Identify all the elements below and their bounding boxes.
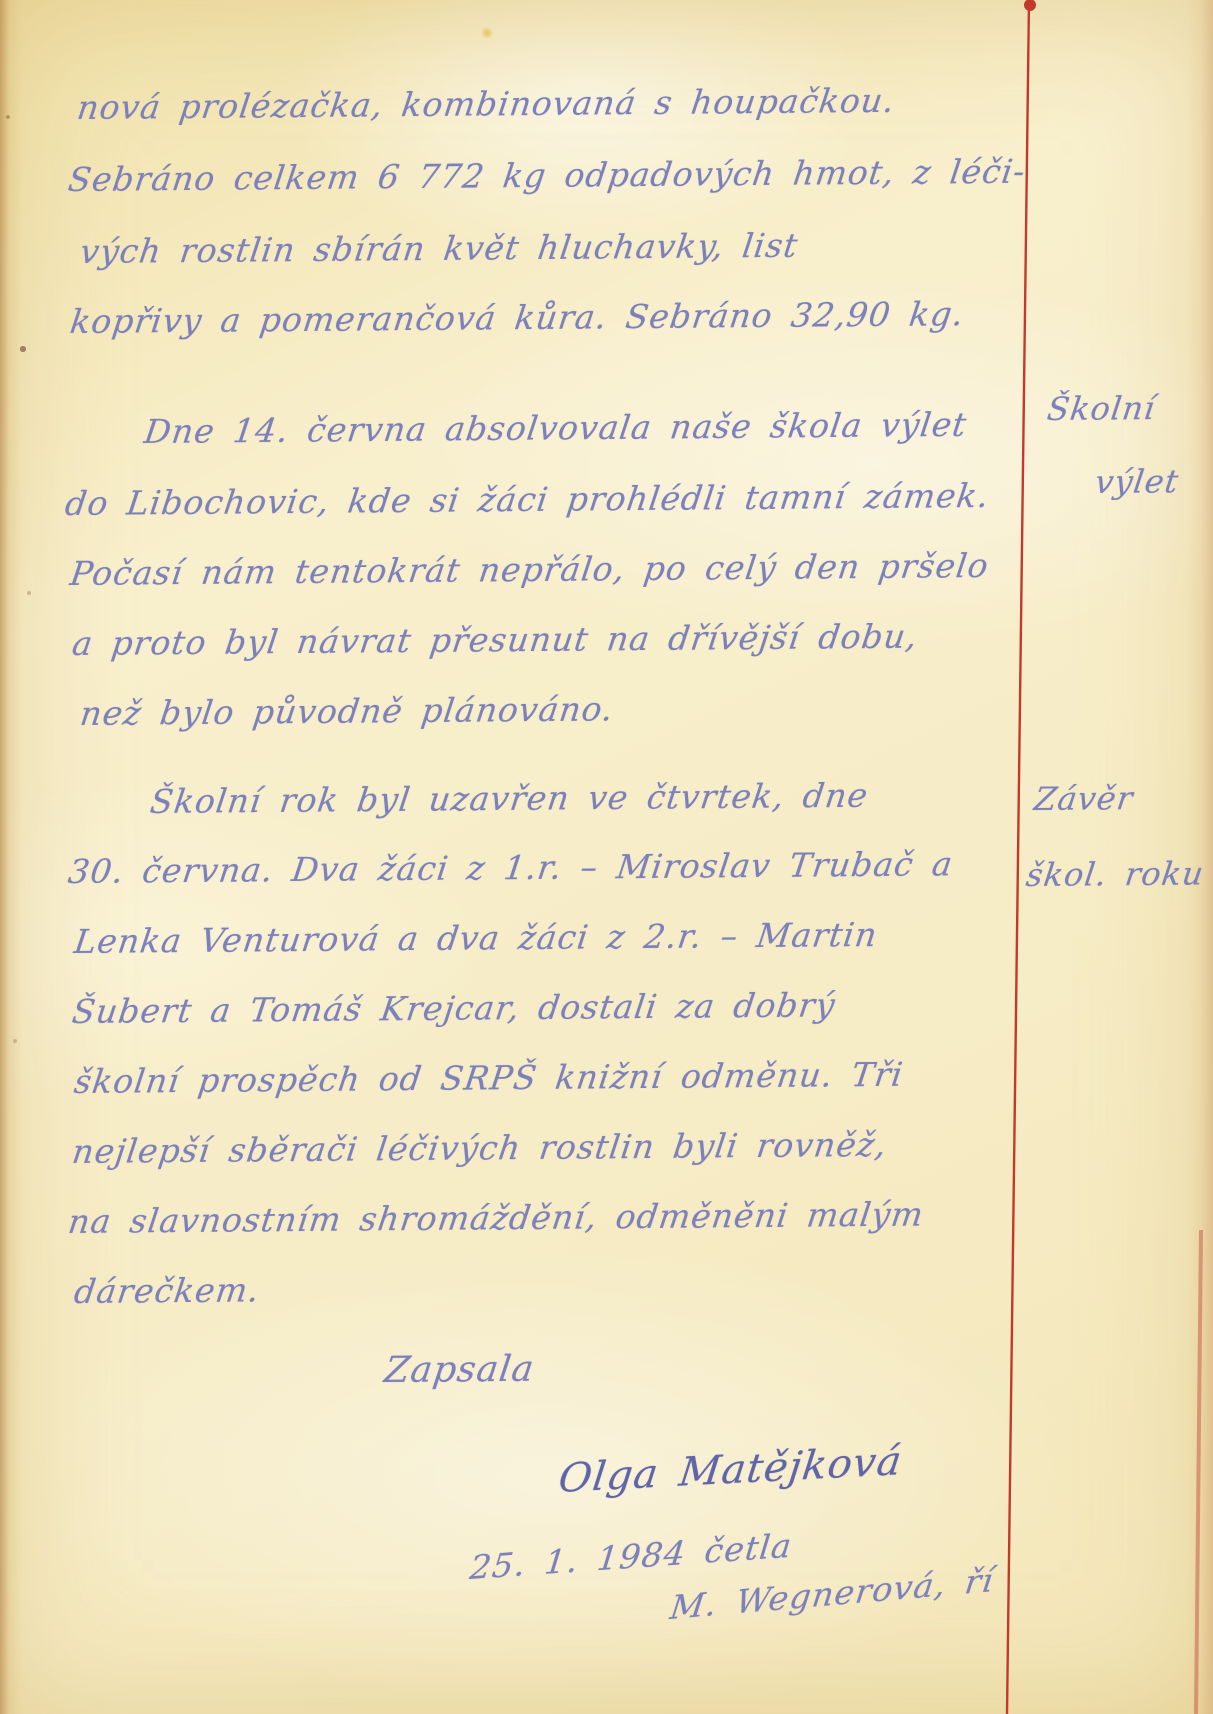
handwriting-line: 30. června. Dva žáci z 1.r. – Miroslav T… xyxy=(66,844,956,891)
handwriting-line: nová prolézačka, kombinovaná s houpačkou… xyxy=(75,81,897,127)
margin-note-school-trip-2: výlet xyxy=(1093,462,1181,501)
margin-note-year-end-2: škol. roku xyxy=(1024,854,1206,894)
handwriting-line: Dne 14. června absolvovala naše škola vý… xyxy=(142,405,969,451)
handwriting-line: na slavnostním shromáždění, odměněni mal… xyxy=(66,1195,926,1241)
handwriting-line: Počasí nám tentokrát nepřálo, po celý de… xyxy=(68,546,991,593)
handwriting-line: nejlepší sběrači léčivých rostlin byli r… xyxy=(70,1125,890,1171)
handwriting-line: dárečkem. xyxy=(72,1270,262,1311)
handwriting-line: vých rostlin sbírán květ hluchavky, list xyxy=(78,226,801,271)
handwriting-line: Lenka Venturová a dva žáci z 2.r. – Mart… xyxy=(72,915,880,961)
handwriting-line: kopřivy a pomerančová kůra. Sebráno 32,9… xyxy=(68,294,967,341)
ink-dot xyxy=(1024,0,1036,11)
handwriting-line: a proto byl návrat přesunut na dřívější … xyxy=(70,617,920,663)
recorded-by-label: Zapsala xyxy=(382,1349,537,1391)
handwriting-line: než bylo původně plánováno. xyxy=(78,689,616,733)
margin-note-school-trip-1: Školní xyxy=(1045,389,1158,428)
handwriting-line: Školní rok byl uzavřen ve čtvrtek, dne xyxy=(148,776,871,821)
margin-note-year-end-1: Závěr xyxy=(1032,779,1136,818)
handwriting-line: školní prospěch od SRPŠ knižní odměnu. T… xyxy=(72,1055,906,1101)
next-page-rule-line xyxy=(1196,1230,1201,1714)
handwriting-line: Šubert a Tomáš Krejcar, dostali za dobrý xyxy=(70,985,838,1031)
handwriting-line: do Libochovic, kde si žáci prohlédli tam… xyxy=(63,476,992,523)
margin-rule-line xyxy=(1007,0,1029,1714)
chronicle-page: nová prolézačka, kombinovaná s houpačkou… xyxy=(0,0,1213,1714)
